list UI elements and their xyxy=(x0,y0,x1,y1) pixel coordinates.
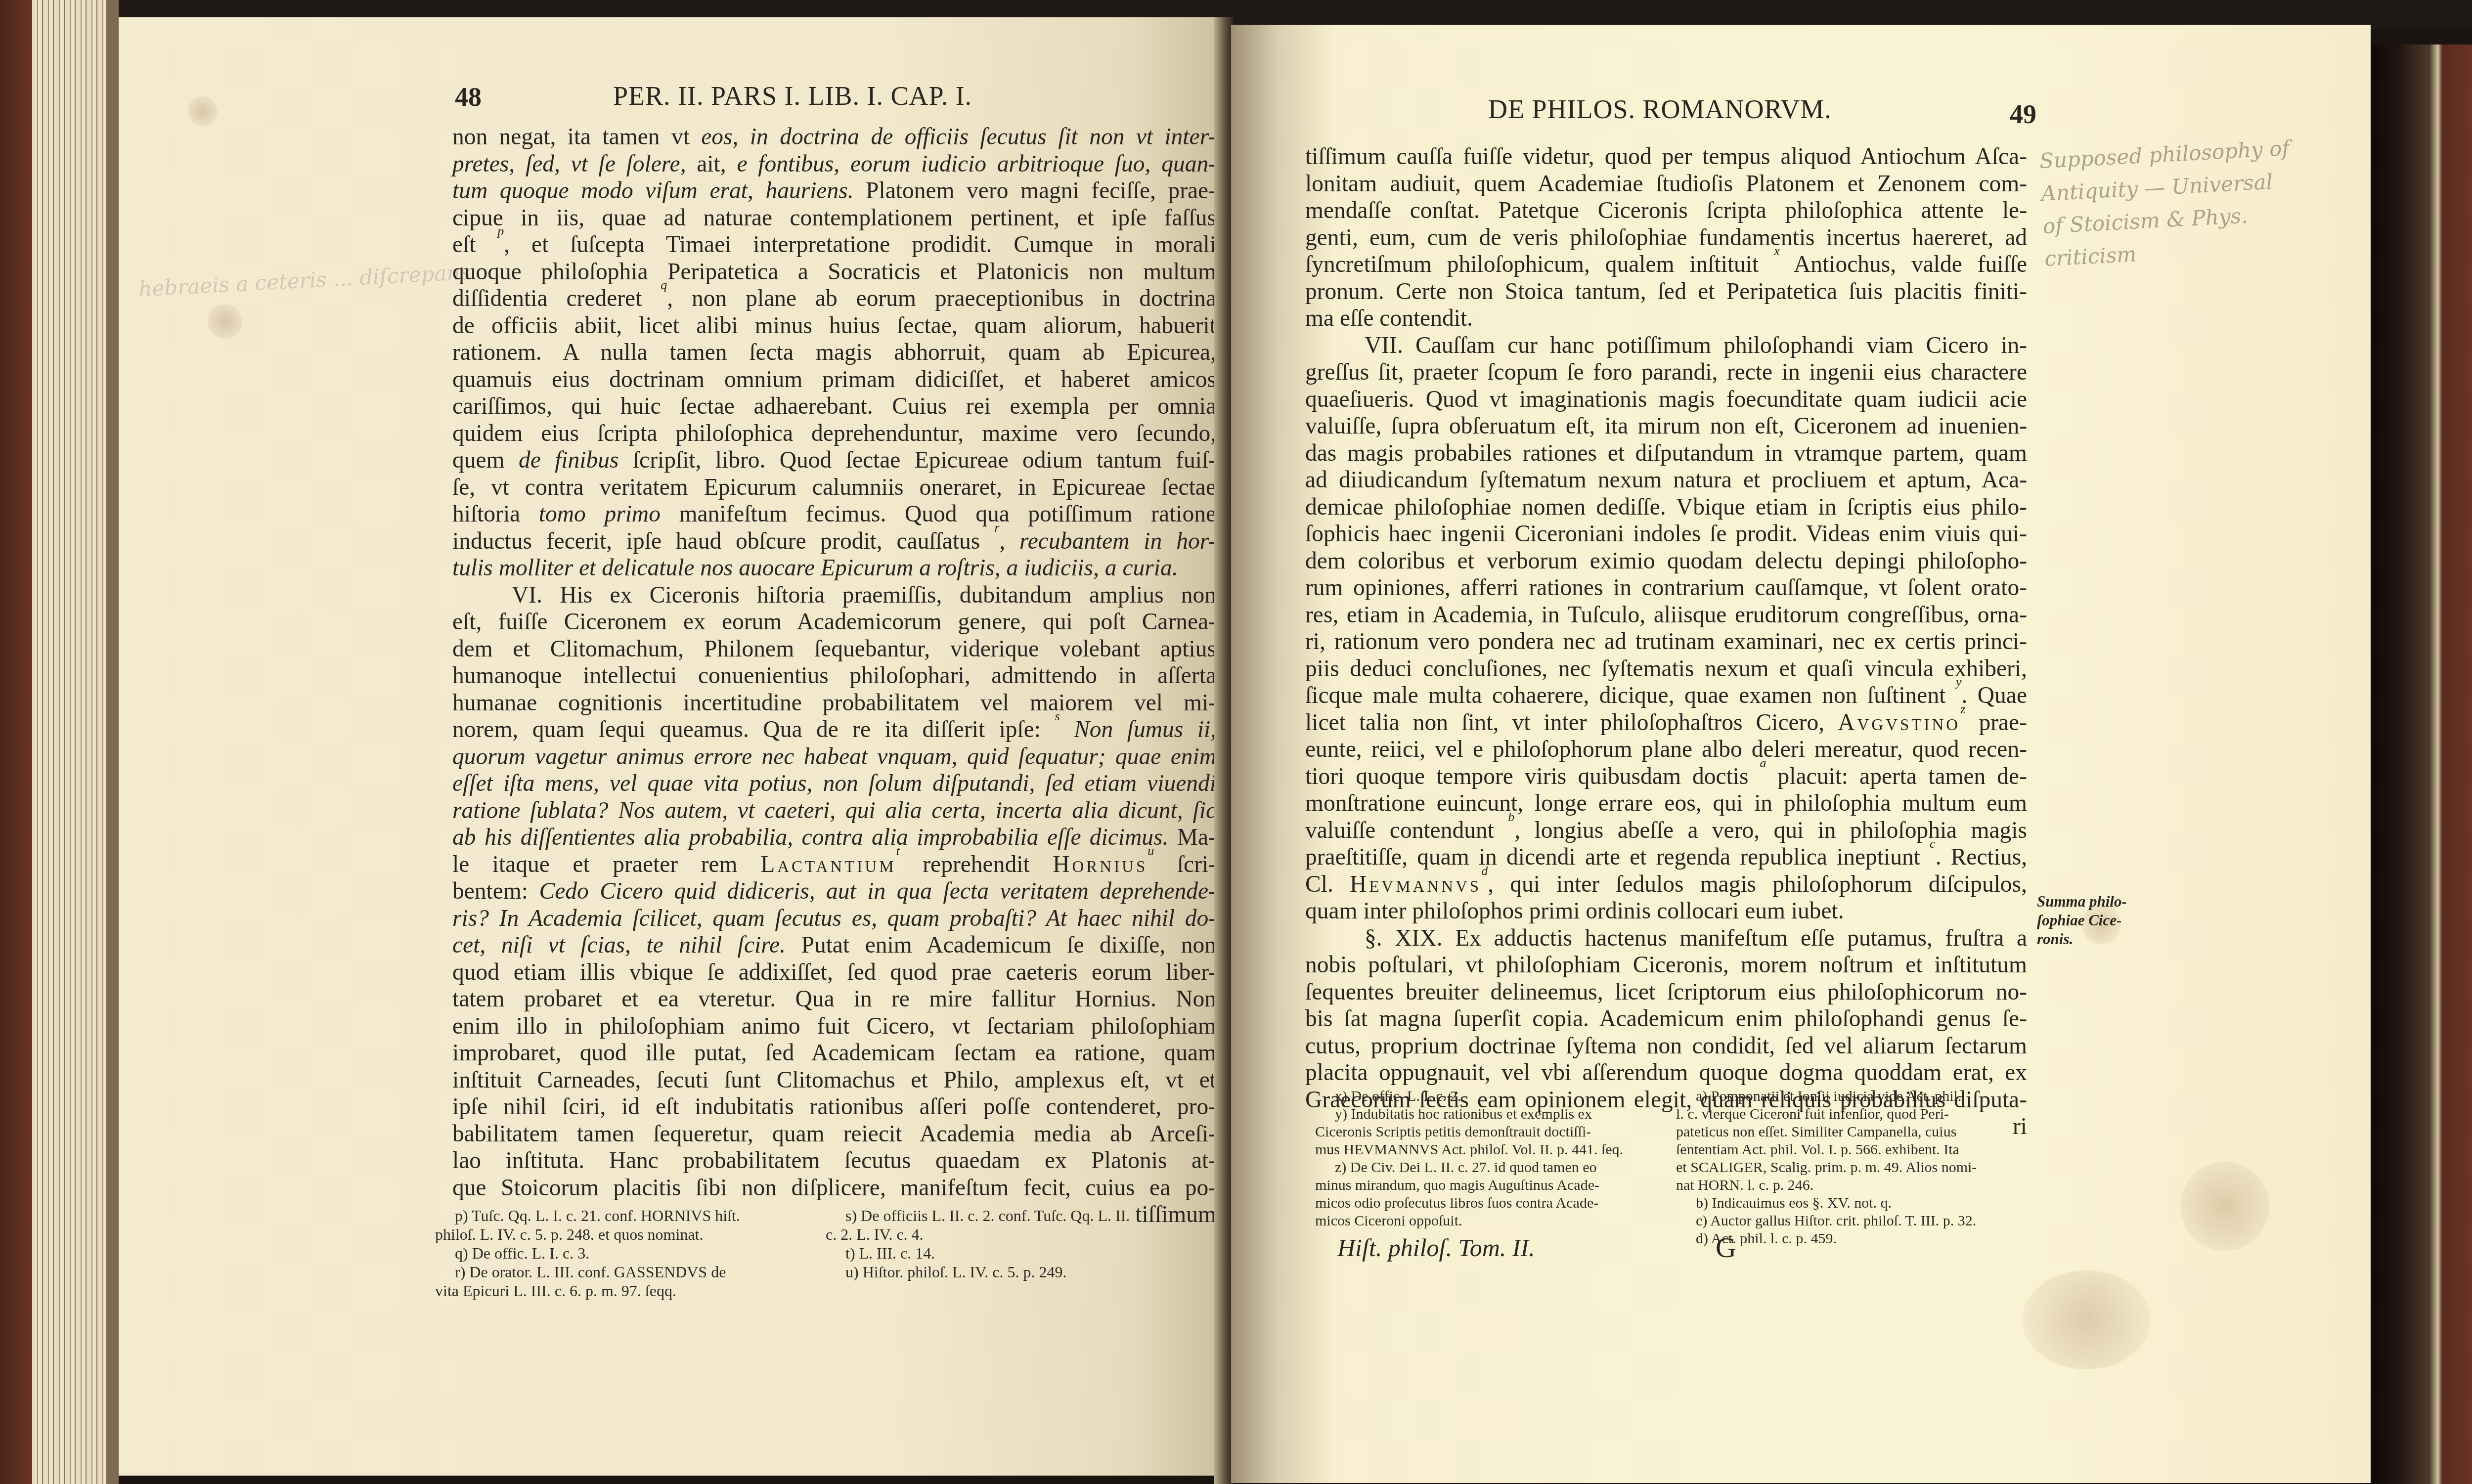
footnote-line: r) De orator. L. III. conf. GASSENDVS de xyxy=(435,1263,801,1281)
text-line: das magis probabiles rationes et diſputa… xyxy=(1305,440,2027,467)
author-name: Avgvstino xyxy=(1838,710,1960,736)
footnote-line: et SCALIGER, Scalig. prim. p. m. 49. Ali… xyxy=(1676,1159,2037,1177)
text-run: quod etiam illis vbique ſe addixiſſet, ſ… xyxy=(452,960,1216,985)
footnote-marker: s xyxy=(1055,709,1060,723)
text-line: que Stoicorum placitis ſibi non diſplice… xyxy=(452,1175,1216,1202)
text-line: babilitatem tamen ſequeretur, quam reiec… xyxy=(452,1121,1216,1148)
text-run: ab his diſſentientes alia probabilia, co… xyxy=(452,825,1168,850)
text-line: dem et Clitomachum, Philonem ſequebantur… xyxy=(452,636,1216,663)
text-line: rationem. A nulla tamen ſecta magis abho… xyxy=(452,339,1216,366)
text-run: Non ſumus ii, xyxy=(1060,717,1216,742)
text-line: valuiſſe contendunt b, longius abeſſe a … xyxy=(1305,817,2027,844)
text-run: reprehendit xyxy=(900,852,1053,877)
text-run: . Rectius, xyxy=(1936,844,2027,870)
text-line: quoque philoſophia Peripatetica a Socrat… xyxy=(452,259,1216,286)
text-line: pretes, ſed, vt ſe ſolere, ait, e fontib… xyxy=(452,151,1216,178)
text-run: quidem eius ſcripta philoſophica deprehe… xyxy=(452,421,1216,446)
right-page: DE PHILOS. ROMANORVM. 49 Supposed philos… xyxy=(1231,25,2371,1483)
text-line: mendaſſe conſtat. Patetque Ciceronis ſcr… xyxy=(1305,197,2027,224)
text-line: pronum. Certe non Stoica tantum, ſed et … xyxy=(1305,278,2027,306)
text-line: licet talia non ſint, vt inter philoſoph… xyxy=(1305,709,2027,737)
pencil-annotation: hebraeis a ceteris ... diſcrepans xyxy=(138,256,472,306)
text-run: quamuis eius doctrinam omnium primam did… xyxy=(452,367,1216,393)
text-run: que Stoicorum placitis ſibi non diſplice… xyxy=(452,1175,1216,1201)
text-line: improbaret, quod ille putat, ſed Academi… xyxy=(452,1040,1216,1067)
text-run: nobis poſtulari, vt philoſophiam Ciceron… xyxy=(1305,952,2027,978)
text-run: quorum vagetur animus errore nec habeat … xyxy=(452,744,1216,770)
stain xyxy=(2180,1162,2269,1251)
text-run: cet, niſi vt ſcias, te nihil ſcire. xyxy=(452,932,786,958)
text-line: res, etiam in Academia, in Tuſculo, alii… xyxy=(1305,602,2027,629)
text-run: placuit: aperta tamen de- xyxy=(1766,764,2027,789)
footnote-line: y) Indubitatis hoc rationibus et exempli… xyxy=(1315,1105,1661,1123)
footnote-marker: x xyxy=(1774,244,1780,258)
text-run: ait, xyxy=(686,151,737,177)
text-run: tiſſimum cauſſa fuiſſe videtur, quod per… xyxy=(1305,144,2027,170)
text-line: dem coloribus et verborum eximio quodam … xyxy=(1305,548,2027,575)
text-run: , xyxy=(733,124,750,150)
text-line: ſophicis haec ingenii Ciceroniani indole… xyxy=(1305,521,2027,548)
text-run: VI. His ex Ciceronis hiſtoria praemiſſis… xyxy=(512,582,1216,608)
text-run: eſſet iſta mens, vel quae vita potius, n… xyxy=(452,771,1216,796)
text-run: piis deduci concluſiones, nec ſyſtematis… xyxy=(1305,656,2027,682)
text-run: norem, quam ſequi queamus. Qua de re ita… xyxy=(452,717,1055,742)
text-run: tulis molliter et delicatule nos auocare… xyxy=(452,555,1178,581)
text-line: humanae cognitionis incertitudine probab… xyxy=(452,690,1216,717)
text-line: ab his diſſentientes alia probabilia, co… xyxy=(452,824,1216,851)
text-run: Cl. xyxy=(1305,872,1350,897)
footnotes: p) Tuſc. Qq. L. I. c. 21. conf. HORNIVS … xyxy=(435,1206,1206,1295)
text-run: manifeſtum fecimus. Quod qua potiſſimum … xyxy=(661,501,1216,527)
footnote-line: z) De Civ. Dei L. II. c. 27. id quod tam… xyxy=(1315,1159,1661,1177)
text-run: tatem probaret et ea vteretur. Qua in re… xyxy=(452,986,1216,1012)
text-line: le itaque et praeter rem Lactantiumt rep… xyxy=(452,851,1216,878)
text-run: dem et Clitomachum, Philonem ſequebantur… xyxy=(452,636,1216,662)
text-line: eſt p, et ſuſcepta Timaei interpretation… xyxy=(452,231,1216,259)
footnote-marker: r xyxy=(994,521,999,535)
text-line: praeſtitiſſe, quam in dicendi arte et re… xyxy=(1305,844,2027,871)
text-run: rum opiniones, afferri rationes in contr… xyxy=(1305,575,2027,601)
footnote-line: minus mirandum, quo magis Auguſtinus Aca… xyxy=(1315,1177,1661,1194)
text-line: ri, rationum vero pondera nec ad trutina… xyxy=(1305,628,2027,655)
text-run: babilitatem tamen ſequeretur, quam reiec… xyxy=(452,1121,1216,1147)
left-page: 48 PER. II. PARS I. LIB. I. CAP. I. hebr… xyxy=(119,17,1214,1476)
footnote-column-left: p) Tuſc. Qq. L. I. c. 21. conf. HORNIVS … xyxy=(435,1206,801,1300)
text-run: quam inter philoſophos primi ordinis col… xyxy=(1305,898,1844,924)
text-line: hiſtoria tomo primo manifeſtum fecimus. … xyxy=(452,501,1216,528)
footnote-line: pateticus non eſſet. Similiter Campanell… xyxy=(1676,1123,2037,1141)
text-line: quorum vagetur animus errore nec habeat … xyxy=(452,743,1216,771)
text-run: ipſe nihil ſciri, id eſt indubitatis rat… xyxy=(452,1094,1216,1120)
footnote-line: s) De officiis L. II. c. 2. conf. Tuſc. … xyxy=(826,1206,1206,1225)
book-gutter xyxy=(1214,17,1234,1484)
text-run: ſcripſit, libro. Quod ſectae Epicureae o… xyxy=(619,447,1217,473)
footnotes: x) De offic. L. I. c. 2.y) Indubitatis h… xyxy=(1315,1088,2037,1236)
text-run: §. XIX. Ex adductis hactenus manifeſtum … xyxy=(1365,925,2027,951)
footnote-marker: d xyxy=(1481,864,1488,878)
text-line: piis deduci concluſiones, nec ſyſtematis… xyxy=(1305,655,2027,683)
text-run: tiori quoque tempore viris quibusdam doc… xyxy=(1305,764,1760,789)
text-line: lao inſtituta. Hanc probabilitatem ſecut… xyxy=(452,1147,1216,1175)
text-line: eunte, reiici, vel e philoſophorum plane… xyxy=(1305,736,2027,763)
text-run: , longius abeſſe a vero, qui in philoſop… xyxy=(1514,818,2027,843)
text-line: bis ſat magna ſuperſit copia. Academicum… xyxy=(1305,1005,2027,1033)
footnote-line: philoſ. L. IV. c. 5. p. 248. et quos nom… xyxy=(435,1225,801,1244)
footnote-line: q) De offic. L. I. c. 3. xyxy=(435,1244,801,1263)
text-line: cet, niſi vt ſcias, te nihil ſcire. Puta… xyxy=(452,932,1216,959)
running-head: DE PHILOS. ROMANORVM. xyxy=(1488,94,1832,125)
text-line: non negat, ita tamen vt eos, in doctrina… xyxy=(452,124,1216,151)
text-run: enim illo in philoſophiam animo fuit Cic… xyxy=(452,1013,1216,1039)
text-run: inſtituit Carneades, ſecuti ſunt Clitoma… xyxy=(452,1067,1216,1093)
footnote-line: vita Epicuri L. III. c. 6. p. m. 97. ſeq… xyxy=(435,1281,801,1300)
text-line: valuiſſe, ſupra obſeruatum eſt, ita miru… xyxy=(1305,413,2027,440)
text-run: eos xyxy=(701,124,732,150)
text-run: ad diiudicandum ſyſtematum nexum natura … xyxy=(1305,467,2027,493)
footnote-column-right: s) De officiis L. II. c. 2. conf. Tuſc. … xyxy=(826,1206,1206,1281)
text-run: eſt, fuiſſe Ciceronem ex eorum Academico… xyxy=(452,609,1216,635)
text-run: eſt xyxy=(452,232,497,258)
text-line: ratione ſublata? Nos autem, vt caeteri, … xyxy=(452,797,1216,825)
footnote-line: micos Ciceroni oppoſuit. xyxy=(1315,1212,1661,1230)
text-run: mendaſſe conſtat. Patetque Ciceronis ſcr… xyxy=(1305,198,2027,223)
body-text: tiſſimum cauſſa fuiſſe videtur, quod per… xyxy=(1305,143,2027,1140)
text-run: cutus, proprium doctrinae ſyſtema non co… xyxy=(1305,1033,2027,1059)
text-line: diſſidentia crederet q, non plane ab eor… xyxy=(452,285,1216,312)
text-run: improbaret, quod ille putat, ſed Academi… xyxy=(452,1040,1216,1066)
text-run: , non plane ab eorum praeceptionibus in … xyxy=(667,286,1216,311)
author-name: Lactantium xyxy=(760,852,896,877)
text-run: valuiſſe contendunt xyxy=(1305,818,1508,843)
pencil-annotation: Supposed philosophy of Antiquity — Unive… xyxy=(2038,132,2295,275)
text-run: praeſtitiſſe, quam in dicendi arte et re… xyxy=(1305,844,1930,870)
text-run: Platonem vero magni feciſſe, prae- xyxy=(854,178,1216,204)
text-run: non negat, ita tamen vt xyxy=(452,124,701,150)
text-run: rationem. A nulla tamen ſecta magis abho… xyxy=(452,340,1216,365)
text-line: ſicque male multa cohaerere, dicique, qu… xyxy=(1305,682,2027,709)
footnote-marker: y xyxy=(1956,675,1962,689)
book-cover-right xyxy=(2366,44,2472,1484)
text-line: quem de finibus ſcripſit, libro. Quod ſe… xyxy=(452,447,1216,474)
text-run: lonitam audiuit, quem Academiae ſtudioſi… xyxy=(1305,171,2027,197)
text-line: tiſſimum cauſſa fuiſſe videtur, quod per… xyxy=(1305,143,2027,171)
text-line: VI. His ex Ciceronis hiſtoria praemiſſis… xyxy=(452,582,1216,609)
text-run: Ma- xyxy=(1168,825,1216,850)
text-line: inductus fecerit, ipſe haud obſcure prod… xyxy=(452,528,1216,555)
text-line: quidem eius ſcripta philoſophica deprehe… xyxy=(452,420,1216,447)
text-run: e fontibus, eorum iudicio arbitrioque ſu… xyxy=(737,151,1216,177)
text-line: cariſſimos, qui huic ſectae adhaerebant.… xyxy=(452,393,1216,420)
footnote-line: x) De offic. L. I. c. 2. xyxy=(1315,1088,1661,1105)
text-run: prae- xyxy=(1965,710,2027,736)
text-line: placita oppugnauit, vel vbi aſſerendum q… xyxy=(1305,1059,2027,1087)
text-line: cipue in iis, quae ad naturae contemplat… xyxy=(452,205,1216,232)
footnote-line: ſententiam Act. phil. Vol. I. p. 566. ex… xyxy=(1676,1141,2037,1159)
footnote-line: p) Tuſc. Qq. L. I. c. 21. conf. HORNIVS … xyxy=(435,1206,801,1225)
text-line: ſyncretiſmum philoſophicum, qualem inſti… xyxy=(1305,251,2027,278)
running-head: PER. II. PARS I. LIB. I. CAP. I. xyxy=(613,81,972,111)
footnote-line: b) Indicauimus eos §. XV. not. q. xyxy=(1676,1194,2037,1212)
text-line: monſtratione euincunt, longe errare eos,… xyxy=(1305,790,2027,817)
text-line: genti, eum, cum de veris philoſophiae fu… xyxy=(1305,224,2027,252)
text-run: de finibus xyxy=(519,447,619,473)
author-name: Hornius xyxy=(1053,852,1148,877)
text-run: recubantem in hor- xyxy=(1019,528,1216,554)
footnote-line: c) Auctor gallus Hiſtor. crit. philoſ. T… xyxy=(1676,1212,2037,1230)
text-run: ſe, vt contra veritatem Epicurum calumni… xyxy=(452,475,1216,500)
text-run: eunte, reiici, vel e philoſophorum plane… xyxy=(1305,737,2027,762)
text-run: humanae cognitionis incertitudine probab… xyxy=(452,690,1216,716)
text-run: humanoque intellectui conuenientius phil… xyxy=(452,663,1216,689)
text-run: tomo primo xyxy=(539,501,661,527)
footnote-marker: u xyxy=(1148,844,1154,858)
text-line: quam inter philoſophos primi ordinis col… xyxy=(1305,898,2027,925)
footnote-marker: p xyxy=(497,224,504,238)
text-line: ſequentes breuiter delineemus, licet ſcr… xyxy=(1305,979,2027,1006)
text-line: eſt, fuiſſe Ciceronem ex eorum Academico… xyxy=(452,609,1216,636)
text-run: bentem: xyxy=(452,878,539,904)
text-line: ris? In Academia ſcilicet, quam ſecutus … xyxy=(452,905,1216,932)
text-run: valuiſſe, ſupra obſeruatum eſt, ita miru… xyxy=(1305,413,2027,439)
footnote-line: l. c. vterque Ciceroni fuit infenſior, q… xyxy=(1676,1105,2037,1123)
text-run: quoque philoſophia Peripatetica a Socrat… xyxy=(452,259,1216,285)
text-run: ſicque male multa cohaerere, dicique, qu… xyxy=(1305,683,1956,708)
signature-letter: G xyxy=(1716,1231,1736,1264)
text-run: dem coloribus et verborum eximio quodam … xyxy=(1305,548,2027,574)
footnote-marker: q xyxy=(661,278,667,292)
footnote-line: c. 2. L. IV. c. 4. xyxy=(826,1225,1206,1244)
text-run: quem xyxy=(452,447,519,473)
text-line: demicae philoſophiae nomen dediſſe. Vbiq… xyxy=(1305,494,2027,521)
text-run: ri, rationum vero pondera nec ad trutina… xyxy=(1305,629,2027,655)
text-run: inductus fecerit, ipſe haud obſcure prod… xyxy=(452,528,994,554)
text-run: bis ſat magna ſuperſit copia. Academicum… xyxy=(1305,1006,2027,1032)
text-line: ma eſſe contendit. xyxy=(1305,305,2027,332)
text-run: res, etiam in Academia, in Tuſculo, alii… xyxy=(1305,602,2027,628)
text-line: ipſe nihil ſciri, id eſt indubitatis rat… xyxy=(452,1093,1216,1121)
footnote-marker: b xyxy=(1508,810,1514,824)
text-line: quod etiam illis vbique ſe addixiſſet, ſ… xyxy=(452,959,1216,986)
text-run: , et ſuſcepta Timaei interpretatione pro… xyxy=(504,232,1216,258)
text-run: le itaque et praeter rem xyxy=(452,852,760,877)
footnote-line: t) L. III. c. 14. xyxy=(826,1244,1206,1263)
text-run: ma eſſe contendit. xyxy=(1305,306,1473,331)
footnote-marker: z xyxy=(1960,702,1965,716)
text-run: cipue in iis, quae ad naturae contemplat… xyxy=(452,205,1216,231)
stain xyxy=(208,304,242,339)
stain xyxy=(2022,1270,2151,1369)
text-line: ad diiudicandum ſyſtematum nexum natura … xyxy=(1305,467,2027,494)
footnote-line: micos odio proſecutus libros ſuos contra… xyxy=(1315,1194,1661,1212)
text-line: eſſet iſta mens, vel quae vita potius, n… xyxy=(452,770,1216,797)
text-run: quaeſiueris. Quod vt imaginationis magis… xyxy=(1305,387,2027,412)
text-run: Antiochus, valde fuiſſe xyxy=(1780,252,2027,277)
text-run: . Quae xyxy=(1961,683,2027,708)
text-line: tatem probaret et ea vteretur. Qua in re… xyxy=(452,986,1216,1013)
text-line: tum quoque modo viſum erat, hauriens. Pl… xyxy=(452,177,1216,205)
footnote-line: u) Hiſtor. philoſ. L. IV. c. 5. p. 249. xyxy=(826,1263,1206,1281)
text-run: greſſus ſit, praeter ſcopum ſe foro para… xyxy=(1305,359,2027,385)
text-run: lao inſtituta. Hanc probabilitatem ſecut… xyxy=(452,1148,1216,1174)
text-line: cutus, proprium doctrinae ſyſtema non co… xyxy=(1305,1033,2027,1060)
text-line: greſſus ſit, praeter ſcopum ſe foro para… xyxy=(1305,359,2027,386)
text-run: demicae philoſophiae nomen dediſſe. Vbiq… xyxy=(1305,494,2027,520)
text-run: Cedo Cicero quid didiceris, aut in qua ſ… xyxy=(539,878,1216,904)
text-run: Putat enim Academicum ſe dixiſſe, non xyxy=(786,932,1216,958)
stain xyxy=(188,96,218,126)
margin-note: Summa philo- ſophiae Cice- ronis. xyxy=(2037,892,2127,949)
text-run: ſequentes breuiter delineemus, licet ſcr… xyxy=(1305,979,2027,1005)
footnote-line: nat HORN. l. c. p. 246. xyxy=(1676,1177,2037,1194)
text-line: tiori quoque tempore viris quibusdam doc… xyxy=(1305,763,2027,790)
text-run: , xyxy=(999,528,1019,554)
text-run: hiſtoria xyxy=(452,501,539,527)
text-run: genti, eum, cum de veris philoſophiae fu… xyxy=(1305,225,2027,251)
text-run: placita oppugnauit, vel vbi aſſerendum q… xyxy=(1305,1060,2027,1086)
footnote-column-right: a) Pomponatii et Ionſii iudicia vide Act… xyxy=(1676,1088,2037,1248)
text-run: tum quoque modo viſum erat, hauriens. xyxy=(452,178,854,204)
body-text: non negat, ita tamen vt eos, in doctrina… xyxy=(452,124,1216,1228)
text-run: das magis probabiles rationes et diſputa… xyxy=(1305,440,2027,466)
text-run: monſtratione euincunt, longe errare eos,… xyxy=(1305,790,2027,816)
text-line: humanoque intellectui conuenientius phil… xyxy=(452,662,1216,690)
text-run: ratione ſublata? Nos autem, vt caeteri, … xyxy=(452,798,1216,824)
footnote-line: Ciceronis Scriptis petitis demonſtrauit … xyxy=(1315,1123,1661,1141)
page-edges-left xyxy=(32,0,119,1484)
page-number: 48 xyxy=(455,82,482,112)
text-line: nobis poſtulari, vt philoſophiam Ciceron… xyxy=(1305,952,2027,979)
text-line: bentem: Cedo Cicero quid didiceris, aut … xyxy=(452,878,1216,905)
text-line: de officiis abiit, licet alibi minus hui… xyxy=(452,312,1216,340)
page-number: 49 xyxy=(2010,99,2036,130)
text-line: enim illo in philoſophiam animo fuit Cic… xyxy=(452,1013,1216,1040)
text-run: ſyncretiſmum philoſophicum, qualem inſti… xyxy=(1305,252,1774,277)
footnote-line: a) Pomponatii et Ionſii iudicia vide Act… xyxy=(1676,1088,2037,1105)
text-run: pronum. Certe non Stoica tantum, ſed et … xyxy=(1305,279,2027,305)
text-run: ſcri- xyxy=(1154,852,1216,877)
signature-title: Hiſt. philoſ. Tom. II. xyxy=(1337,1233,1535,1262)
footnote-column-left: x) De offic. L. I. c. 2.y) Indubitatis h… xyxy=(1315,1088,1661,1230)
text-run: ris? In Academia ſcilicet, quam ſecutus … xyxy=(452,906,1216,931)
text-line: norem, quam ſequi queamus. Qua de re ita… xyxy=(452,716,1216,743)
text-line: lonitam audiuit, quem Academiae ſtudioſi… xyxy=(1305,171,2027,198)
text-run: de officiis abiit, licet alibi minus hui… xyxy=(452,313,1216,339)
text-run: cariſſimos, qui huic ſectae adhaerebant.… xyxy=(452,393,1216,419)
text-line: inſtituit Carneades, ſecuti ſunt Clitoma… xyxy=(452,1067,1216,1094)
footnote-marker: t xyxy=(896,844,900,858)
text-line: rum opiniones, afferri rationes in contr… xyxy=(1305,574,2027,602)
text-run: VII. Cauſſam cur hanc potiſſimum philoſo… xyxy=(1365,333,2027,358)
text-run: pretes, ſed, vt ſe ſolere, xyxy=(452,151,686,177)
text-line: quaeſiueris. Quod vt imaginationis magis… xyxy=(1305,386,2027,413)
text-run: , qui inter ſedulos magis philoſophorum … xyxy=(1488,872,2027,897)
text-run: licet talia non ſint, vt inter philoſoph… xyxy=(1305,710,1838,736)
footnote-marker: a xyxy=(1760,756,1766,770)
text-run: in doctrina de officiis ſecutus ſit non … xyxy=(750,124,1216,150)
footnote-line: mus HEVMANNVS Act. philoſ. Vol. II. p. 4… xyxy=(1315,1141,1661,1159)
book-cover-left xyxy=(0,0,32,1484)
text-line: ſe, vt contra veritatem Epicurum calumni… xyxy=(452,474,1216,501)
text-line: tulis molliter et delicatule nos auocare… xyxy=(452,555,1216,582)
footnote-marker: c xyxy=(1930,836,1936,851)
text-line: Cl. Hevmannvsd, qui inter ſedulos magis … xyxy=(1305,871,2027,898)
author-name: Hevmannvs xyxy=(1350,872,1481,897)
text-run: ſophicis haec ingenii Ciceroniani indole… xyxy=(1305,521,2027,547)
text-line: §. XIX. Ex adductis hactenus manifeſtum … xyxy=(1305,925,2027,952)
text-line: quamuis eius doctrinam omnium primam did… xyxy=(452,366,1216,393)
text-run: diſſidentia crederet xyxy=(452,286,661,311)
text-line: VII. Cauſſam cur hanc potiſſimum philoſo… xyxy=(1305,332,2027,359)
